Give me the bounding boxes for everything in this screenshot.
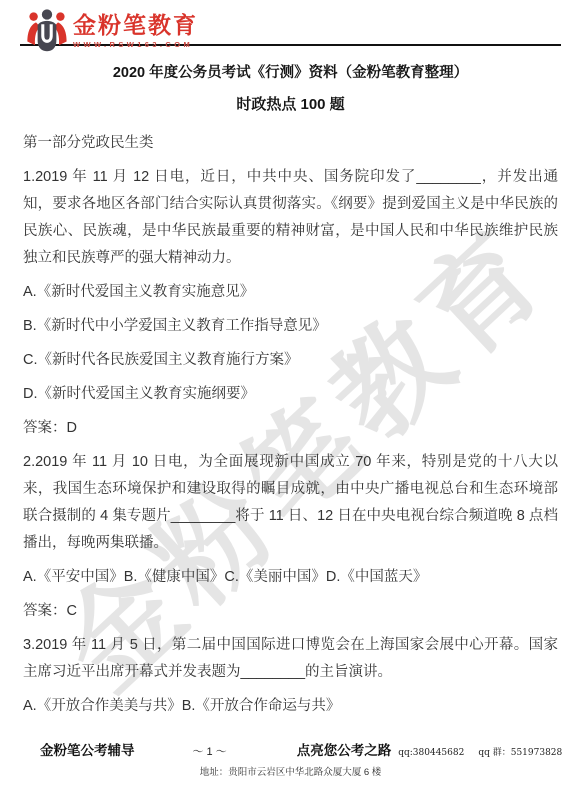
doc-title: 2020 年度公务员考试《行测》资料（金粉笔教育整理） (0, 63, 581, 83)
question-2-body: 2.2019 年 11 月 10 日电，为全面展现新中国成立 70 年来，特别是… (23, 449, 558, 557)
section-heading: 第一部分党政民生类 (23, 130, 558, 157)
question-1-option-d: D.《新时代爱国主义教育实施纲要》 (23, 381, 558, 408)
document-page: 金粉笔教育 金粉笔教育 WWW.RSW163.COM (0, 0, 581, 788)
page-number: ～ 1 ～ (193, 743, 227, 759)
doc-subtitle: 时政热点 100 题 (0, 95, 581, 115)
question-1-option-a: A.《新时代爱国主义教育实施意见》 (23, 279, 558, 306)
question-1-option-b: B.《新时代中小学爱国主义教育工作指导意见》 (23, 313, 558, 340)
brand-logo: 金粉笔教育 WWW.RSW163.COM (0, 0, 581, 44)
question-1-option-c: C.《新时代各民族爱国主义教育施行方案》 (23, 347, 558, 374)
page-header: 金粉笔教育 WWW.RSW163.COM (0, 0, 581, 46)
brand-name: 金粉笔教育 (73, 14, 198, 37)
question-3-body: 3.2019 年 11 月 5 日，第二届中国国际进口博览会在上海国家会展中心开… (23, 632, 558, 686)
footer-slogan: 点亮您公考之路 (297, 739, 392, 759)
footer-brand-label: 金粉笔公考辅导 (40, 739, 135, 759)
document-body: 第一部分党政民生类 1.2019 年 11 月 12 日电，近日，中共中央、国务… (23, 130, 558, 720)
brand-logo-icon (25, 8, 69, 52)
question-2-options: A.《平安中国》B.《健康中国》C.《美丽中国》D.《中国蓝天》 (23, 564, 558, 591)
page-footer: 金粉笔公考辅导 ～ 1 ～ 点亮您公考之路 qq:380445682 qq 群：… (0, 739, 581, 778)
footer-qq: qq:380445682 (398, 748, 464, 758)
brand-website: WWW.RSW163.COM (73, 41, 198, 49)
question-2-answer: 答案：C (23, 598, 558, 625)
question-1-body: 1.2019 年 11 月 12 日电，近日，中共中央、国务院印发了______… (23, 164, 558, 272)
question-1-answer: 答案：D (23, 415, 558, 442)
brand-text-block: 金粉笔教育 WWW.RSW163.COM (73, 8, 198, 49)
question-3-options: A.《开放合作美美与共》B.《开放合作命运与共》 (23, 693, 558, 720)
footer-address: 地址：贵阳市云岩区中华北路众厦大厦 6 楼 (0, 764, 581, 778)
footer-qq-group: qq 群：551973828 (478, 745, 562, 758)
footer-row: 金粉笔公考辅导 ～ 1 ～ 点亮您公考之路 qq:380445682 qq 群：… (0, 739, 581, 759)
